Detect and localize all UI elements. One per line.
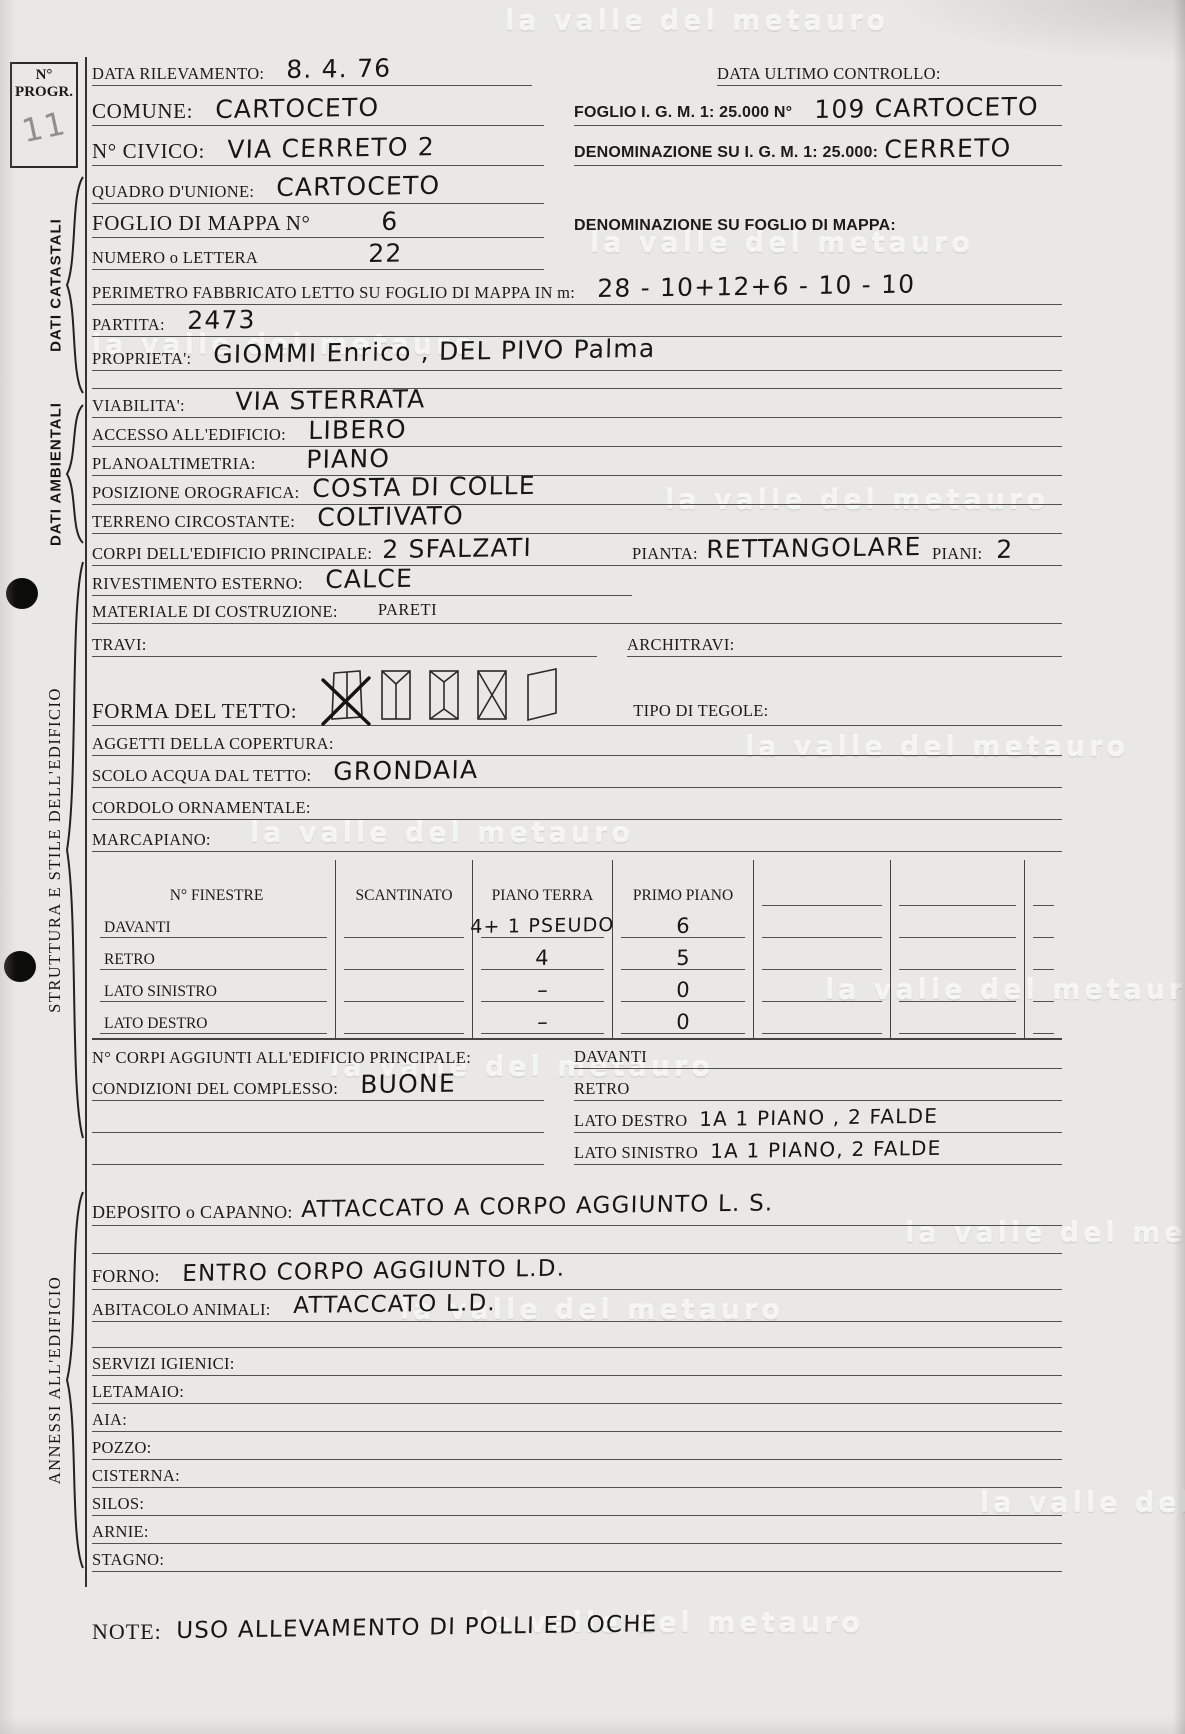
field-row: LATO DESTRO 1A 1 PIANO , 2 FALDE bbox=[92, 1104, 1062, 1136]
field-value: 1A 1 PIANO, 2 FALDE bbox=[710, 1138, 942, 1161]
cell-value: 5 bbox=[676, 948, 691, 969]
field-label: LETAMAIO: bbox=[92, 1383, 184, 1400]
finestre-header-cell bbox=[890, 860, 1024, 910]
value-cell bbox=[753, 1006, 890, 1038]
brace bbox=[64, 1190, 86, 1570]
value-cell bbox=[335, 942, 472, 974]
column-header: N° FINESTRE bbox=[170, 887, 264, 905]
punch-hole bbox=[6, 578, 38, 609]
value-cell bbox=[753, 974, 890, 1006]
value-cell: 5 bbox=[612, 942, 753, 974]
value-cell bbox=[1024, 1006, 1062, 1038]
field-value: ATTACCATO L.D. bbox=[293, 1292, 496, 1318]
field-value: GRONDAIA bbox=[333, 757, 479, 784]
field-value: 2473 bbox=[187, 307, 256, 333]
field-value: ATTACCATO A CORPO AGGIUNTO L. S. bbox=[301, 1192, 774, 1222]
value-cell bbox=[335, 974, 472, 1006]
blank-line bbox=[92, 1322, 1062, 1348]
row-label: LATO SINISTRO bbox=[104, 983, 217, 1001]
field-aggetti: AGGETTI DELLA COPERTURA: bbox=[92, 726, 1062, 756]
punch-hole bbox=[4, 951, 36, 982]
field-condizioni: CONDIZIONI DEL COMPLESSO: BUONE bbox=[92, 1072, 544, 1101]
field-rivestimento: RIVESTIMENTO ESTERNO: CALCE bbox=[92, 566, 632, 596]
field-value: 2 SFALZATI bbox=[382, 535, 532, 562]
field-label: CORPI DELL'EDIFICIO PRINCIPALE: bbox=[92, 545, 372, 562]
field-deposito: DEPOSITO o CAPANNO: ATTACCATO A CORPO AG… bbox=[92, 1168, 1062, 1226]
field-abitacolo: ABITACOLO ANIMALI: ATTACCATO L.D. bbox=[92, 1290, 1062, 1322]
row-label-cell: DAVANTI bbox=[92, 910, 335, 942]
cell-value: 0 bbox=[676, 980, 691, 1001]
field-comune: COMUNE: CARTOCETO bbox=[92, 97, 544, 126]
field-corpi-aggiunti-retro: RETRO bbox=[574, 1080, 1062, 1101]
cell-value: 6 bbox=[676, 916, 691, 937]
field-partita: PARTITA: 2473 bbox=[92, 305, 1062, 337]
value-cell: – bbox=[472, 1006, 612, 1038]
field-corpi-aggiunti-lato-destro: LATO DESTRO 1A 1 PIANO , 2 FALDE bbox=[574, 1109, 1062, 1133]
finestre-header-cell bbox=[753, 860, 890, 910]
field-value: CARTOCETO bbox=[215, 95, 380, 122]
value-cell bbox=[335, 1006, 472, 1038]
field-label: ARCHITRAVI: bbox=[627, 636, 735, 653]
field-label: FOGLIO DI MAPPA N° bbox=[92, 212, 311, 234]
finestre-header-cell bbox=[1024, 860, 1062, 910]
cell-value: 4+ 1 PSEUDO bbox=[470, 916, 615, 937]
field-foglio-mappa: FOGLIO DI MAPPA N° 6 bbox=[92, 209, 544, 238]
cell-value: – bbox=[537, 1012, 549, 1033]
field-label: PARTITA: bbox=[92, 316, 165, 333]
field-row: N° CORPI AGGIUNTI ALL'EDIFICIO PRINCIPAL… bbox=[92, 1040, 1062, 1072]
value-cell bbox=[1024, 910, 1062, 942]
field-label: NOTE: bbox=[92, 1620, 162, 1643]
field-label: FORNO: bbox=[92, 1267, 160, 1286]
field-label: AGGETTI DELLA COPERTURA: bbox=[92, 735, 334, 752]
row-label: DAVANTI bbox=[104, 919, 171, 937]
field-label: TRAVI: bbox=[92, 636, 147, 653]
field-row: FOGLIO DI MAPPA N° 6 DENOMINAZIONE SU FO… bbox=[92, 207, 1062, 241]
finestre-header-row: N° FINESTRE SCANTINATO PIANO TERRA PRIMO… bbox=[92, 860, 1062, 910]
roof-hip-one-end-icon bbox=[377, 668, 415, 722]
value-cell bbox=[1024, 974, 1062, 1006]
field-value: CARTOCETO bbox=[276, 173, 441, 200]
field-label: FORMA DEL TETTO: bbox=[92, 700, 297, 722]
field-value: PARETI bbox=[378, 600, 437, 620]
field-label: STAGNO: bbox=[92, 1551, 164, 1568]
field-value: BUONE bbox=[360, 1071, 456, 1097]
field-label: QUADRO D'UNIONE: bbox=[92, 183, 254, 200]
field-label: DENOMINAZIONE SU FOGLIO DI MAPPA: bbox=[574, 218, 896, 235]
cell-value: 0 bbox=[676, 1012, 691, 1033]
field-row: COMUNE: CARTOCETO FOGLIO I. G. M. 1: 25.… bbox=[92, 89, 1062, 129]
field-corpi-aggiunti-davanti: DAVANTI bbox=[574, 1048, 1062, 1069]
field-denominazione-mappa: DENOMINAZIONE SU FOGLIO DI MAPPA: bbox=[574, 218, 1062, 238]
field-forma-tetto: FORMA DEL TETTO: bbox=[92, 660, 1062, 726]
value-cell: 0 bbox=[612, 1006, 753, 1038]
field-label: RETRO bbox=[574, 1080, 630, 1097]
blank-line bbox=[92, 1129, 544, 1133]
roof-shape-icons bbox=[327, 666, 563, 722]
finestre-header-cell: N° FINESTRE bbox=[92, 860, 335, 910]
field-row: DATA RILEVAMENTO: 8. 4. 76 DATA ULTIMO C… bbox=[92, 55, 1062, 89]
row-label-cell: LATO DESTRO bbox=[92, 1006, 335, 1038]
field-stagno: STAGNO: bbox=[92, 1544, 1062, 1572]
field-label: POSIZIONE OROGRAFICA: bbox=[92, 484, 300, 501]
field-denominazione-igm: DENOMINAZIONE SU I. G. M. 1: 25.000: CER… bbox=[574, 137, 1062, 166]
field-label: PIANTA: bbox=[632, 545, 698, 562]
value-cell bbox=[753, 942, 890, 974]
column-header: PIANO TERRA bbox=[492, 887, 594, 905]
field-label: LATO DESTRO bbox=[574, 1112, 687, 1129]
section-label-annessi: ANNESSI ALL'EDIFICIO bbox=[45, 1276, 65, 1485]
field-label: TIPO DI TEGOLE: bbox=[633, 702, 768, 719]
field-value: USO ALLEVAMENTO DI POLLI ED OCHE bbox=[176, 1613, 658, 1643]
field-label: TERRENO CIRCOSTANTE: bbox=[92, 513, 295, 530]
field-label: RIVESTIMENTO ESTERNO: bbox=[92, 575, 303, 592]
field-corpi-aggiunti-lato-sinistro: LATO SINISTRO 1A 1 PIANO, 2 FALDE bbox=[574, 1141, 1062, 1165]
field-architravi: ARCHITRAVI: bbox=[627, 636, 1062, 657]
field-row: TRAVI: ARCHITRAVI: bbox=[92, 624, 1062, 660]
roof-single-pitch-icon bbox=[521, 666, 563, 722]
field-piani: PIANI: 2 bbox=[932, 537, 1062, 562]
blank-line bbox=[92, 1226, 1062, 1254]
field-label: POZZO: bbox=[92, 1439, 152, 1456]
field-label: SCOLO ACQUA DAL TETTO: bbox=[92, 767, 311, 784]
field-label: SERVIZI IGIENICI: bbox=[92, 1355, 235, 1372]
field-data-rilevamento: DATA RILEVAMENTO: 8. 4. 76 bbox=[92, 57, 532, 86]
finestre-row-lato-sinistro: LATO SINISTRO – 0 bbox=[92, 974, 1062, 1006]
field-value: RETTANGOLARE bbox=[706, 534, 922, 562]
field-marcapiano: MARCAPIANO: bbox=[92, 820, 1062, 852]
value-cell: 0 bbox=[612, 974, 753, 1006]
field-value: 22 bbox=[368, 241, 403, 266]
field-value: 28 - 10+12+6 - 10 - 10 bbox=[597, 272, 916, 301]
field-label: NUMERO o LETTERA bbox=[92, 249, 258, 266]
value-cell bbox=[1024, 942, 1062, 974]
field-forno: FORNO: ENTRO CORPO AGGIUNTO L.D. bbox=[92, 1254, 1062, 1290]
finestre-header-cell: PRIMO PIANO bbox=[612, 860, 753, 910]
value-cell bbox=[890, 942, 1024, 974]
progressive-number-box: N° PROGR. 11 bbox=[10, 62, 78, 168]
field-label: FOGLIO I. G. M. 1: 25.000 N° bbox=[574, 105, 792, 122]
field-value: LIBERO bbox=[308, 417, 407, 443]
field-note: NOTE: USO ALLEVAMENTO DI POLLI ED OCHE bbox=[92, 1586, 1062, 1646]
finestre-row-davanti: DAVANTI 4+ 1 PSEUDO 6 bbox=[92, 910, 1062, 942]
value-cell: 4+ 1 PSEUDO bbox=[472, 910, 612, 942]
brace bbox=[64, 175, 86, 395]
field-n-civico: N° CIVICO: VIA CERRETO 2 bbox=[92, 137, 544, 166]
field-label: PERIMETRO FABBRICATO LETTO SU FOGLIO DI … bbox=[92, 284, 575, 301]
value-cell: – bbox=[472, 974, 612, 1006]
field-value: 109 CARTOCETO bbox=[814, 94, 1039, 122]
roof-pavilion-icon bbox=[473, 668, 511, 722]
field-group: CORPI DELL'EDIFICIO PRINCIPALE: 2 SFALZA… bbox=[92, 537, 632, 562]
value-cell bbox=[890, 974, 1024, 1006]
section-label-dati-catastali: DATI CATASTALI bbox=[48, 218, 65, 352]
finestre-row-retro: RETRO 4 5 bbox=[92, 942, 1062, 974]
field-value: VIA STERRATA bbox=[235, 386, 426, 414]
field-label: PLANOALTIMETRIA: bbox=[92, 455, 256, 472]
value-cell: 6 bbox=[612, 910, 753, 942]
field-planoaltimetria: PLANOALTIMETRIA: PIANO bbox=[92, 447, 1062, 476]
field-value: VIA CERRETO 2 bbox=[227, 134, 435, 162]
field-label: DATA RILEVAMENTO: bbox=[92, 65, 264, 82]
row-label: LATO DESTRO bbox=[104, 1015, 207, 1033]
row-label-cell: RETRO bbox=[92, 942, 335, 974]
field-arnie: ARNIE: bbox=[92, 1516, 1062, 1544]
field-value: 6 bbox=[381, 209, 399, 234]
field-label: DEPOSITO o CAPANNO: bbox=[92, 1203, 293, 1222]
finestre-row-lato-destro: LATO DESTRO – 0 bbox=[92, 1006, 1062, 1038]
form-content: DATA RILEVAMENTO: 8. 4. 76 DATA ULTIMO C… bbox=[92, 55, 1062, 1646]
field-cisterna: CISTERNA: bbox=[92, 1460, 1062, 1488]
progressive-number-value: 11 bbox=[18, 103, 70, 149]
field-value: PIANO bbox=[306, 446, 390, 472]
field-pianta: PIANTA: RETTANGOLARE bbox=[632, 537, 932, 562]
finestre-header-cell: PIANO TERRA bbox=[472, 860, 612, 910]
field-label: ARNIE: bbox=[92, 1523, 149, 1540]
field-value: 2 bbox=[996, 537, 1014, 562]
field-label: VIABILITA': bbox=[92, 397, 185, 414]
field-viabilita: VIABILITA': VIA STERRATA bbox=[92, 389, 1062, 418]
cell-value: – bbox=[537, 980, 549, 1001]
field-numero-lettera: NUMERO o LETTERA 22 bbox=[92, 241, 544, 270]
field-label: DATA ULTIMO CONTROLLO: bbox=[717, 65, 941, 82]
row-label: RETRO bbox=[104, 951, 155, 969]
section-label-dati-ambientali: DATI AMBIENTALI bbox=[48, 402, 65, 546]
field-value: CERRETO bbox=[884, 135, 1012, 162]
field-letamaio: LETAMAIO: bbox=[92, 1376, 1062, 1404]
field-tipo-tegole: TIPO DI TEGOLE: bbox=[633, 702, 1062, 722]
field-cordolo: CORDOLO ORNAMENTALE: bbox=[92, 788, 1062, 820]
section-label-struttura: STRUTTURA E STILE DELL'EDIFICIO bbox=[45, 687, 65, 1013]
blank-line bbox=[92, 1161, 544, 1165]
field-label: SILOS: bbox=[92, 1495, 144, 1512]
watermark: la valle del metauro bbox=[505, 6, 889, 37]
field-foglio-igm: FOGLIO I. G. M. 1: 25.000 N° 109 CARTOCE… bbox=[574, 97, 1062, 126]
value-cell bbox=[335, 910, 472, 942]
field-label: CISTERNA: bbox=[92, 1467, 180, 1484]
field-row: CONDIZIONI DEL COMPLESSO: BUONE RETRO bbox=[92, 1072, 1062, 1104]
field-servizi: SERVIZI IGIENICI: bbox=[92, 1348, 1062, 1376]
row-label-cell: LATO SINISTRO bbox=[92, 974, 335, 1006]
field-value: CALCE bbox=[325, 566, 413, 592]
field-posizione-orografica: POSIZIONE OROGRAFICA: COSTA DI COLLE bbox=[92, 476, 1062, 505]
roof-two-pitch-crossed-icon bbox=[327, 668, 367, 722]
field-value: 8. 4. 76 bbox=[286, 56, 392, 82]
field-label: DAVANTI bbox=[574, 1048, 647, 1065]
field-travi: TRAVI: bbox=[92, 636, 597, 657]
field-label: PIANI: bbox=[932, 545, 982, 562]
field-label: DENOMINAZIONE SU I. G. M. 1: 25.000: bbox=[574, 145, 878, 162]
field-row: NUMERO o LETTERA 22 bbox=[92, 241, 1062, 273]
field-aia: AIA: bbox=[92, 1404, 1062, 1432]
field-corpi-aggiunti: N° CORPI AGGIUNTI ALL'EDIFICIO PRINCIPAL… bbox=[92, 1049, 544, 1069]
field-label: N° CORPI AGGIUNTI ALL'EDIFICIO PRINCIPAL… bbox=[92, 1049, 471, 1066]
field-scolo-acqua: SCOLO ACQUA DAL TETTO: GRONDAIA bbox=[92, 756, 1062, 788]
field-label: ABITACOLO ANIMALI: bbox=[92, 1301, 271, 1318]
value-cell: 4 bbox=[472, 942, 612, 974]
field-silos: SILOS: bbox=[92, 1488, 1062, 1516]
field-value: ENTRO CORPO AGGIUNTO L.D. bbox=[182, 1258, 565, 1286]
progressive-number-label: N° PROGR. bbox=[12, 64, 76, 102]
field-label: MARCAPIANO: bbox=[92, 831, 211, 848]
value-cell bbox=[890, 1006, 1024, 1038]
field-value: COSTA DI COLLE bbox=[312, 473, 536, 501]
field-empty bbox=[574, 201, 1062, 204]
field-value: GIOMMI Enrico , DEL PIVO Palma bbox=[213, 336, 656, 367]
finestre-table: N° FINESTRE SCANTINATO PIANO TERRA PRIMO… bbox=[92, 860, 1062, 1040]
field-label: MATERIALE DI COSTRUZIONE: bbox=[92, 603, 338, 620]
field-corpi-principale: CORPI DELL'EDIFICIO PRINCIPALE: 2 SFALZA… bbox=[92, 534, 1062, 566]
field-quadro-unione: QUADRO D'UNIONE: CARTOCETO bbox=[92, 175, 544, 204]
value-cell bbox=[890, 910, 1024, 942]
field-label: COMUNE: bbox=[92, 100, 193, 122]
field-value: 1A 1 PIANO , 2 FALDE bbox=[699, 1106, 938, 1129]
field-pozzo: POZZO: bbox=[92, 1432, 1062, 1460]
field-label: CORDOLO ORNAMENTALE: bbox=[92, 799, 311, 816]
field-label: CONDIZIONI DEL COMPLESSO: bbox=[92, 1080, 338, 1097]
field-label: ACCESSO ALL'EDIFICIO: bbox=[92, 426, 286, 443]
column-header: SCANTINATO bbox=[355, 887, 452, 905]
brace bbox=[64, 560, 86, 1140]
field-proprieta: PROPRIETA': GIOMMI Enrico , DEL PIVO Pal… bbox=[92, 337, 1062, 371]
field-row: N° CIVICO: VIA CERRETO 2 DENOMINAZIONE S… bbox=[92, 129, 1062, 169]
field-label: N° CIVICO: bbox=[92, 140, 205, 162]
field-data-ultimo-controllo: DATA ULTIMO CONTROLLO: bbox=[717, 65, 1062, 86]
cell-value: 4 bbox=[535, 948, 550, 969]
column-header: PRIMO PIANO bbox=[633, 887, 733, 905]
value-cell bbox=[753, 910, 890, 942]
field-accesso: ACCESSO ALL'EDIFICIO: LIBERO bbox=[92, 418, 1062, 447]
field-label: PROPRIETA': bbox=[92, 350, 191, 367]
finestre-header-cell: SCANTINATO bbox=[335, 860, 472, 910]
field-row: LATO SINISTRO 1A 1 PIANO, 2 FALDE bbox=[92, 1136, 1062, 1168]
field-row: QUADRO D'UNIONE: CARTOCETO bbox=[92, 169, 1062, 207]
roof-hip-both-ends-icon bbox=[425, 668, 463, 722]
field-label: LATO SINISTRO bbox=[574, 1144, 698, 1161]
field-perimetro: PERIMETRO FABBRICATO LETTO SU FOGLIO DI … bbox=[92, 273, 1062, 305]
field-materiale: MATERIALE DI COSTRUZIONE: PARETI bbox=[92, 596, 1062, 624]
brace bbox=[64, 403, 86, 545]
field-terreno-circostante: TERRENO CIRCOSTANTE: COLTIVATO bbox=[92, 505, 1062, 534]
field-value: COLTIVATO bbox=[317, 503, 464, 530]
field-label: AIA: bbox=[92, 1411, 127, 1428]
